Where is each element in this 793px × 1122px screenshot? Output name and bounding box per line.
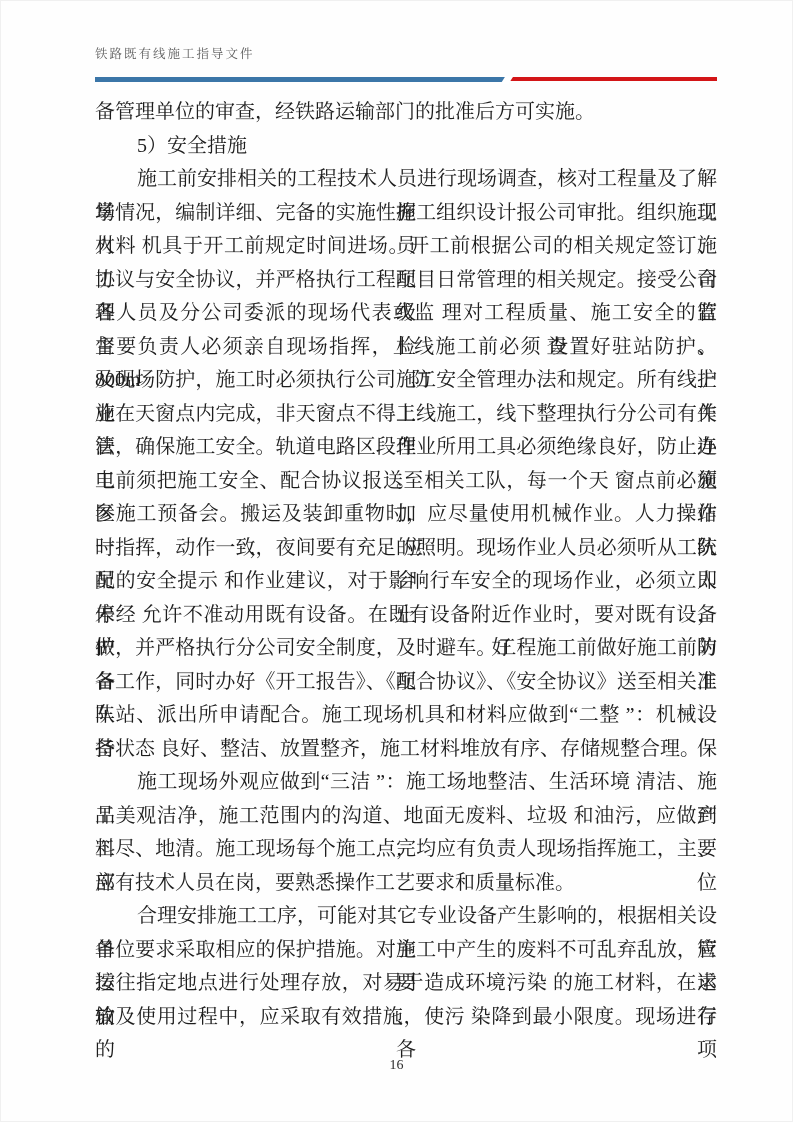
body-line: 员的安全提示 和作业建议，对于影响行车安全的现场作业，必须立即停止， <box>95 565 717 599</box>
divider-blue-segment <box>95 77 506 82</box>
body-line: 备工作，同时办好《开工报告》、《配合协议》、《安全协议》送至相关工队、 <box>95 666 717 700</box>
body-line: 材料 机具于开工前规定时间进场。开工前根据公司的相关规定签订施工配合 <box>95 230 717 264</box>
document-page: 铁路既有线施工指导文件 备管理单位的审查，经铁路运输部门的批准后方可实施。 5）… <box>0 0 793 1122</box>
body-line: 护，并严格执行分公司安全制度，及时避车。工程施工前做好施工前的各项准 <box>95 632 717 666</box>
running-header-title: 铁路既有线施工指导文件 <box>95 44 255 62</box>
body-line: 施工现场外观应做到“三洁 ”：施工场地整洁、生活环境 清洁、施工产 <box>95 766 717 800</box>
body-line: 放及使用过程中，应采取有效措施，使污 染降到最小限度。现场进行的各项 <box>95 1001 717 1035</box>
divider-red-segment <box>508 77 717 81</box>
body-line: 场情况，编制详细、完备的实施性施工组织设计报公司审批。组织施工人员、 <box>95 197 717 231</box>
body-line: 料尽、地清。施工现场每个施工点，均应有负责人现场指挥施工，主要 部位 <box>95 833 717 867</box>
section-heading: 5）安全措施 <box>95 130 717 164</box>
body-line: 合理安排施工工序，可能对其它专业设备产生影响的，根据相关设备主管 <box>95 900 717 934</box>
body-line: 区施工预备会。搬运及装卸重物时，应尽量使用机械作业。人力操作时，应 统 <box>95 498 717 532</box>
body-line: 法，确保施工安全。轨道电路区段作业所用工具必须绝缘良好，防止连电。施 <box>95 431 717 465</box>
body-line: 一指挥，动作一致，夜间要有充足的照明。现场作业人员必须听从工队配合人 <box>95 532 717 566</box>
body-line: 车站、派出所申请配合。施工现场机具和材料应做到“二整 ”：机械设备保 <box>95 699 717 733</box>
body-line: 品美观洁净，施工范围内的沟道、地面无废料、垃圾 和油污，应做到工完、 <box>95 800 717 834</box>
body-line: 及现场防护，施工时必须执行公司施工安全管理办法和规定。所有线上施工作 <box>95 364 717 398</box>
body-line: 业在天窗点内完成，非天窗点不得上线施工，线下整理执行分公司有关管理办 <box>95 398 717 432</box>
body-line: 理人员及分公司委派的现场代表或监 理对工程质量、施工安全的监督、检查。 <box>95 297 717 331</box>
body-line: 持状态 良好、整洁、放置整齐，施工材料堆放有序、存储规整合理。 <box>95 733 717 767</box>
body-line: 协议与安全协议，并严格执行工程项目日常管理的相关规定。接受公司各级管 <box>95 264 717 298</box>
header-divider <box>95 77 717 84</box>
body-line: 施工前安排相关的工程技术人员进行现场调查，核对工程量及了解掌握现 <box>95 163 717 197</box>
body-line: 未经 允许不准动用既有设备。在既有设备附近作业时，要对既有设备做 好防 <box>95 599 717 633</box>
document-body: 备管理单位的审查，经铁路运输部门的批准后方可实施。 5）安全措施 施工前安排相关… <box>95 96 717 1034</box>
body-line: 备管理单位的审查，经铁路运输部门的批准后方可实施。 <box>95 96 717 130</box>
body-line: 工前须把施工安全、配合协议报送至相关工队，每一个天 窗点前必须参加站 <box>95 465 717 499</box>
page-number: 16 <box>0 1058 793 1074</box>
body-line: 单位要求采取相应的保护措施。对施工中产生的废料不可乱弃乱放，应按要求 <box>95 934 717 968</box>
body-line: 主要负责人必须亲自现场指挥，上线施工前必须 设置好驻站防护、800m 防护 <box>95 331 717 365</box>
body-line: 运往指定地点进行处理存放，对易于造成环境污染 的施工材料，在运输、存 <box>95 967 717 1001</box>
